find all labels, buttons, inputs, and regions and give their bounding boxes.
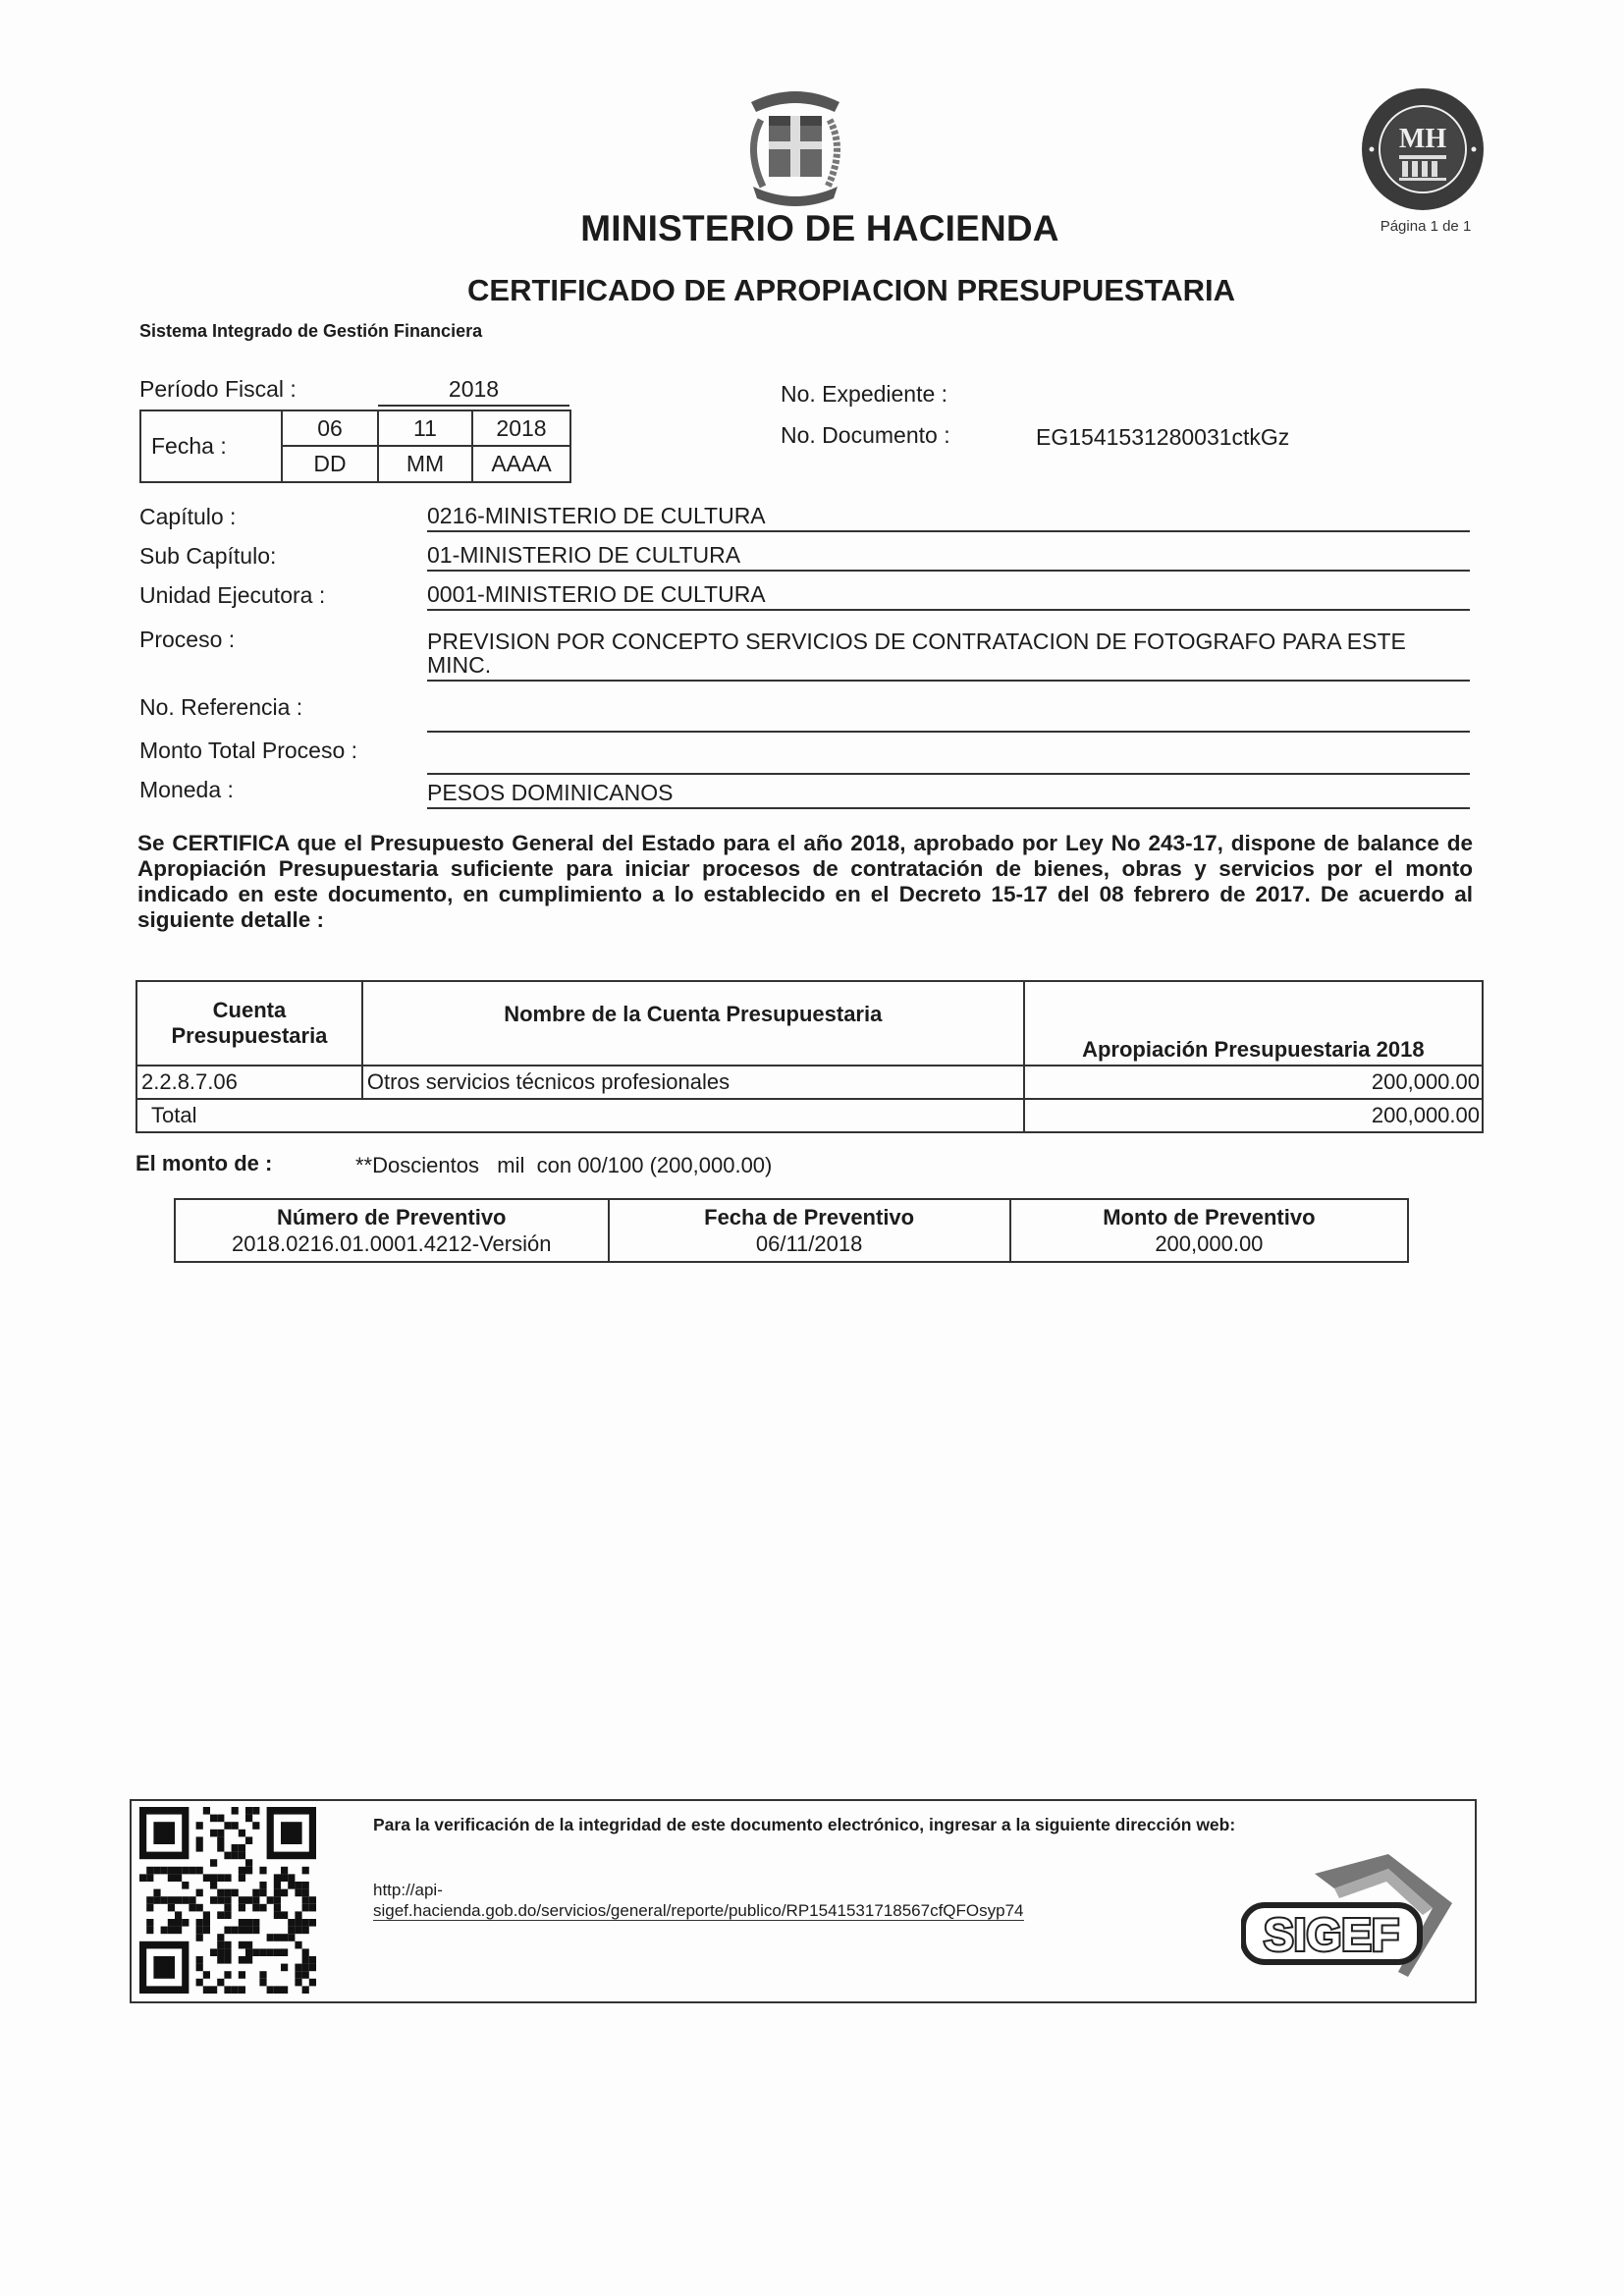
verification-box: Para la verificación de la integridad de… [130,1799,1477,2003]
coat-of-arms-icon [731,81,859,213]
date-label: Fecha : [141,411,283,481]
referencia-value [427,705,1470,733]
detail-table: Cuenta Presupuestaria Nombre de la Cuent… [135,980,1484,1133]
preventivo-numero-label: Número de Preventivo [176,1204,608,1230]
ministry-seal-icon: MH [1360,86,1486,212]
expediente-label: No. Expediente : [781,381,947,408]
fiscal-period-label: Período Fiscal : [139,376,297,403]
detail-table-header: Cuenta Presupuestaria Nombre de la Cuent… [136,981,1483,1066]
capitulo-label: Capítulo : [139,504,236,530]
header-apropiacion: Apropiación Presupuestaria 2018 [1024,981,1483,1066]
qr-code-icon[interactable] [139,1807,316,1994]
moneda-value: PESOS DOMINICANOS [427,781,1470,809]
preventivo-table: Número de Preventivo 2018.0216.01.0001.4… [174,1198,1409,1263]
date-month-hint: MM [379,447,473,482]
svg-text:SIGEF: SIGEF [1264,1909,1399,1960]
date-year: 2018 [473,411,569,447]
amount-label: El monto de : [135,1151,272,1176]
svg-text:MH: MH [1399,124,1446,154]
page-number: Página 1 de 1 [1367,218,1485,235]
cell-nombre: Otros servicios técnicos profesionales [362,1066,1024,1099]
monto-total-value [427,747,1470,775]
total-label: Total [136,1099,1024,1132]
preventivo-monto-label: Monto de Preventivo [1011,1204,1407,1230]
date-table: Fecha : 06 11 2018 DD MM AAAA [139,410,571,483]
cell-monto: 200,000.00 [1024,1066,1483,1099]
verification-url[interactable]: http://api- sigef.hacienda.gob.do/servic… [373,1880,1159,1921]
date-day-hint: DD [283,447,379,482]
verification-url-line2[interactable]: sigef.hacienda.gob.do/servicios/general/… [373,1901,1024,1921]
sigef-logo-icon: SIGEF [1241,1854,1457,1982]
verification-url-line1[interactable]: http://api- [373,1880,1159,1900]
moneda-label: Moneda : [139,777,234,803]
documento-label: No. Documento : [781,422,950,449]
date-year-hint: AAAA [473,447,569,482]
header-cuenta: Cuenta Presupuestaria [136,981,362,1066]
total-row: Total 200,000.00 [136,1099,1483,1132]
preventivo-fecha-value: 06/11/2018 [756,1231,862,1256]
proceso-label: Proceso : [139,627,235,653]
capitulo-value: 0216-MINISTERIO DE CULTURA [427,504,1470,532]
preventivo-monto-value: 200,000.00 [1155,1231,1263,1256]
referencia-label: No. Referencia : [139,694,302,721]
preventivo-numero-cell: Número de Preventivo 2018.0216.01.0001.4… [175,1199,609,1262]
header-nombre: Nombre de la Cuenta Presupuestaria [362,981,1024,1066]
amount-value: **Doscientos mil con 00/100 (200,000.00) [355,1153,772,1178]
unidad-ejecutora-label: Unidad Ejecutora : [139,582,325,609]
proceso-value: PREVISION POR CONCEPTO SERVICIOS DE CONT… [427,629,1470,682]
monto-total-label: Monto Total Proceso : [139,738,357,764]
subcapitulo-label: Sub Capítulo: [139,543,276,570]
preventivo-fecha-label: Fecha de Preventivo [610,1204,1009,1230]
certification-text: Se CERTIFICA que el Presupuesto General … [137,831,1473,933]
preventivo-fecha-cell: Fecha de Preventivo 06/11/2018 [609,1199,1010,1262]
subcapitulo-value: 01-MINISTERIO DE CULTURA [427,543,1470,572]
table-row: 2.2.8.7.06 Otros servicios técnicos prof… [136,1066,1483,1099]
total-value: 200,000.00 [1024,1099,1483,1132]
cell-cuenta: 2.2.8.7.06 [136,1066,362,1099]
page-title: CERTIFICADO DE APROPIACION PRESUPUESTARI… [0,273,1624,308]
system-name: Sistema Integrado de Gestión Financiera [139,321,482,342]
preventivo-numero-value: 2018.0216.01.0001.4212-Versión [232,1231,551,1256]
documento-value: EG1541531280031ctkGz [1036,424,1289,451]
fiscal-period-value: 2018 [378,376,569,407]
date-month: 11 [379,411,473,447]
verification-text: Para la verificación de la integridad de… [373,1815,1257,1835]
date-day: 06 [283,411,379,447]
unidad-ejecutora-value: 0001-MINISTERIO DE CULTURA [427,582,1470,611]
preventivo-monto-cell: Monto de Preventivo 200,000.00 [1010,1199,1408,1262]
